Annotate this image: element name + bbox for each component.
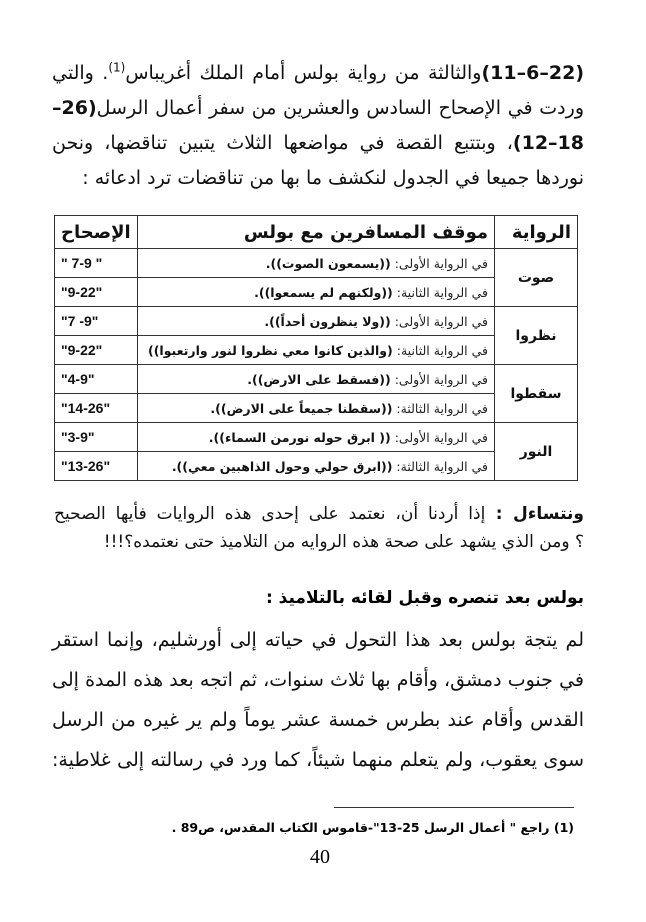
quote: (والذين كانوا معي نظروا لنور وارتعبوا)) bbox=[148, 343, 393, 358]
footnote-end: . bbox=[172, 820, 181, 835]
verse-ref: (22–6–11) bbox=[481, 62, 584, 84]
narration-label: في الرواية الأولى: bbox=[391, 314, 488, 329]
section-heading: بولس بعد تنصره وقبل لقائه بالتلاميذ : bbox=[54, 588, 584, 608]
question-line-2: ؟ ومن الذي يشهد على صحة هذه الروايه من ا… bbox=[54, 528, 584, 556]
position-cell: في الرواية الأولى: ((ولا ينظرون أحداً)). bbox=[137, 307, 494, 336]
intro-text: ، وبتتبع القصة في مواضعها الثلاث يتبين ت… bbox=[52, 132, 513, 154]
intro-text: . والتي bbox=[52, 62, 108, 84]
quote: ((ابرق حولي وحول الذاهبين معي)). bbox=[172, 459, 393, 474]
position-cell: في الرواية الأولى: ((فسقط على الارض)). bbox=[137, 365, 494, 394]
narration-cell: النور bbox=[495, 423, 578, 481]
intro-paragraph: (22–6–11)والثالثة من رواية بولس أمام الم… bbox=[52, 56, 584, 196]
intro-line-4: نوردها جميعا في الجدول لنكشف ما بها من ت… bbox=[52, 161, 584, 196]
question-lead: ونتساءل : bbox=[485, 504, 584, 524]
verse-ref: (26– bbox=[52, 97, 97, 119]
intro-line-1: (22–6–11)والثالثة من رواية بولس أمام الم… bbox=[52, 56, 584, 91]
body-line: لم يتجة بولس بعد هذا التحول في حياته إلى… bbox=[52, 620, 584, 660]
table-header-row: الرواية موقف المسافرين مع بولس الإصحاح bbox=[55, 216, 578, 249]
quote: ((يسمعون الصوت)). bbox=[266, 256, 391, 271]
chapter-cell: "14-26" bbox=[55, 394, 138, 423]
narration-label: في الرواية الأولى: bbox=[391, 372, 488, 387]
narration-cell: نظروا bbox=[495, 307, 578, 365]
position-cell: في الرواية الثانية: (والذين كانوا معي نظ… bbox=[137, 336, 494, 365]
position-cell: في الرواية الثالثة: ((ابرق حولي وحول الذ… bbox=[137, 452, 494, 481]
document-page: (22–6–11)والثالثة من رواية بولس أمام الم… bbox=[0, 0, 646, 922]
footnote-ref: 25-13 bbox=[380, 820, 420, 835]
chapter-cell: " 7-9 " bbox=[55, 249, 138, 278]
header-chapter: الإصحاح bbox=[55, 216, 138, 249]
page-number: 40 bbox=[300, 846, 340, 869]
quote: ((فسقط على الارض)). bbox=[247, 372, 390, 387]
question-text: إذا أردنا أن، نعتمد على إحدى هذه الروايا… bbox=[54, 504, 485, 524]
position-cell: في الرواية الثالثة: ((سقطنا جميعاً على ا… bbox=[137, 394, 494, 423]
chapter-cell: "3-9" bbox=[55, 423, 138, 452]
position-cell: في الرواية الأولى: (( ابرق حوله نورمن ال… bbox=[137, 423, 494, 452]
table-row: صوت في الرواية الأولى: ((يسمعون الصوت)).… bbox=[55, 249, 578, 278]
header-position: موقف المسافرين مع بولس bbox=[137, 216, 494, 249]
header-narration: الرواية bbox=[495, 216, 578, 249]
narration-label: في الرواية الثالثة: bbox=[392, 459, 488, 474]
narration-label: في الرواية الثانية: bbox=[393, 343, 488, 358]
footnote-page: 89 bbox=[181, 820, 198, 835]
body-paragraph: لم يتجة بولس بعد هذا التحول في حياته إلى… bbox=[52, 620, 584, 780]
footnote: (1) راجع " أعمال الرسل 25-13"-قاموس الكت… bbox=[100, 820, 574, 835]
narration-label: في الرواية الأولى: bbox=[391, 256, 488, 271]
question-line-1: ونتساءل : إذا أردنا أن، نعتمد على إحدى ه… bbox=[54, 500, 584, 528]
chapter-cell: "13-26" bbox=[55, 452, 138, 481]
intro-text: والثالثة من رواية بولس أمام الملك أغريبا… bbox=[125, 62, 481, 84]
body-line: في جنوب دمشق، وأقام بها ثلاث سنوات، ثم ا… bbox=[52, 660, 584, 700]
position-cell: في الرواية الأولى: ((يسمعون الصوت)). bbox=[137, 249, 494, 278]
question-text: ؟ ومن الذي يشهد على صحة هذه الروايه من ا… bbox=[104, 532, 584, 552]
footnote-separator bbox=[334, 807, 574, 808]
verse-ref: 18–12) bbox=[513, 132, 584, 154]
quote: ((سقطنا جميعاً على الارض)). bbox=[210, 401, 392, 416]
narration-cell: صوت bbox=[495, 249, 578, 307]
intro-text: نوردها جميعا في الجدول لنكشف ما بها من ت… bbox=[82, 167, 584, 189]
narration-cell: سقطوا bbox=[495, 365, 578, 423]
body-line: القدس وأقام عند بطرس خمسة عشر يوماً ولم … bbox=[52, 700, 584, 740]
chapter-cell: "7 -9" bbox=[55, 307, 138, 336]
footnote-marker[interactable]: (1) bbox=[108, 61, 125, 75]
intro-line-2: وردت في الإصحاح السادس والعشرين من سفر أ… bbox=[52, 91, 584, 126]
chapter-cell: "4-9" bbox=[55, 365, 138, 394]
chapter-cell: "9-22" bbox=[55, 278, 138, 307]
narration-label: في الرواية الأولى: bbox=[391, 430, 488, 445]
intro-line-3: 18–12)، وبتتبع القصة في مواضعها الثلاث ي… bbox=[52, 126, 584, 161]
position-cell: في الرواية الثانية: ((ولكنهم لم يسمعوا))… bbox=[137, 278, 494, 307]
narration-label: في الرواية الثانية: bbox=[393, 285, 488, 300]
quote: ((ولا ينظرون أحداً)). bbox=[264, 314, 390, 329]
body-line: سوى يعقوب، ولم يتعلم منهما شيئاً، كما ور… bbox=[52, 740, 584, 780]
chapter-cell: "9-22" bbox=[55, 336, 138, 365]
narration-label: في الرواية الثالثة: bbox=[392, 401, 488, 416]
comparison-table: الرواية موقف المسافرين مع بولس الإصحاح ص… bbox=[54, 215, 578, 481]
footnote-number: (1) bbox=[550, 820, 575, 835]
table-row: نظروا في الرواية الأولى: ((ولا ينظرون أح… bbox=[55, 307, 578, 336]
table-row: سقطوا في الرواية الأولى: ((فسقط على الار… bbox=[55, 365, 578, 394]
question-paragraph: ونتساءل : إذا أردنا أن، نعتمد على إحدى ه… bbox=[54, 500, 584, 556]
intro-text: وردت في الإصحاح السادس والعشرين من سفر أ… bbox=[97, 97, 584, 119]
table-row: النور في الرواية الأولى: (( ابرق حوله نو… bbox=[55, 423, 578, 452]
footnote-text: راجع " أعمال الرسل bbox=[420, 820, 550, 835]
footnote-text: "-قاموس الكتاب المقدس، ص bbox=[198, 820, 379, 835]
quote: ((ولكنهم لم يسمعوا)). bbox=[254, 285, 393, 300]
quote: (( ابرق حوله نورمن السماء)). bbox=[209, 430, 391, 445]
